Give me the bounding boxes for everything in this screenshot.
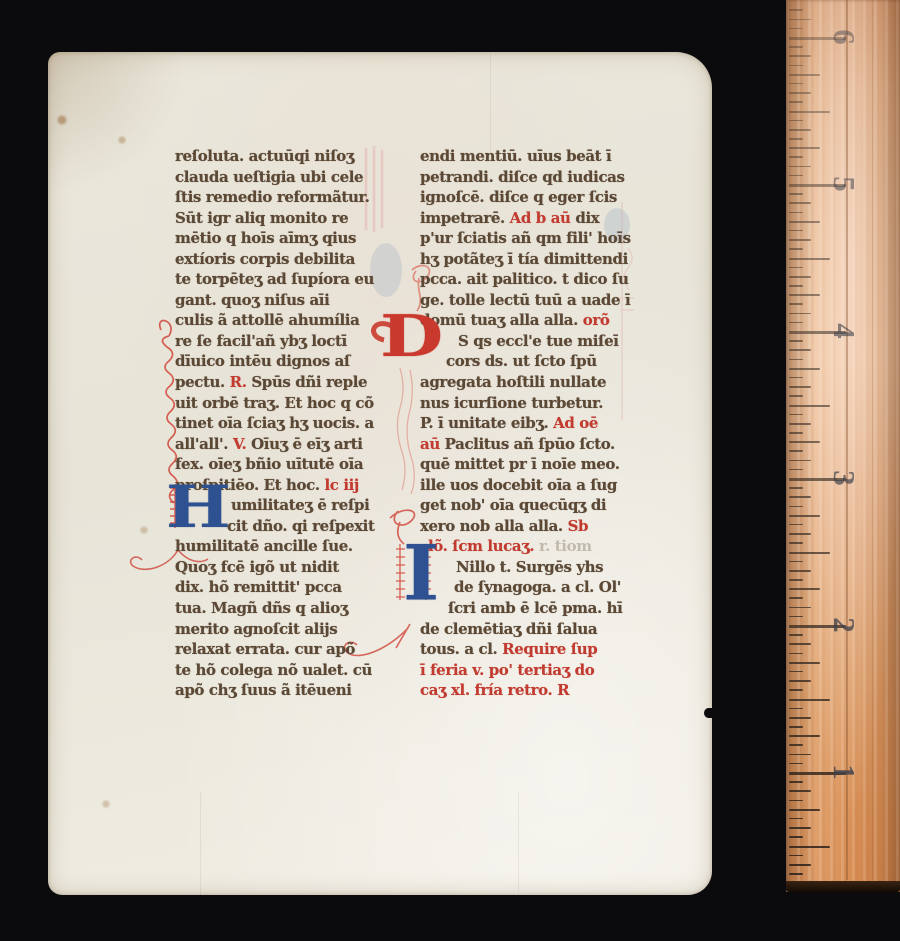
- ruler-tick: [789, 156, 803, 158]
- ruler-tick: [789, 763, 803, 765]
- text-column-left: reſoluta. actuūqi niſoʒclauda ueſtigia u…: [175, 146, 415, 701]
- leaf-edge-notch: [704, 708, 713, 718]
- text-run: hʒ potãteʒ ī tía dimittendi: [420, 250, 628, 268]
- text-run: ī feria v. po' tertiaʒ do: [420, 661, 594, 679]
- ruler-tick: [789, 101, 803, 103]
- crease-line: [490, 54, 491, 154]
- ruler-tick: [789, 55, 811, 57]
- ruler-tick: [789, 92, 811, 94]
- text-run: tua. Magñ dñs q alioʒ: [175, 599, 348, 617]
- text-line: gant. quoʒ niſus aīi: [175, 290, 415, 311]
- ruler-tick: [789, 671, 803, 673]
- text-line: tinet oīa ſciaʒ hʒ uocis. a: [175, 413, 415, 434]
- text-run: Ad b aū: [510, 209, 576, 227]
- text-run: culis ã attollē ahumília: [175, 311, 359, 329]
- ruler-tick: [789, 441, 820, 443]
- text-run: Paclitus añ ſpūo ſcto.: [445, 435, 615, 453]
- ruler-tick: [789, 653, 803, 655]
- text-run: te hõ colega nõ ualet. cū: [175, 661, 372, 679]
- text-run: R.: [230, 373, 252, 391]
- ruler-tick: [789, 303, 803, 305]
- ruler-tick: [789, 359, 803, 361]
- text-run: S qs eccl'e tue miſeī: [458, 332, 619, 350]
- text-line: tous. a cl. Require ſup: [420, 639, 672, 660]
- ruler-tick: [789, 175, 803, 177]
- ruler-tick: [789, 699, 830, 701]
- text-line: apõ chʒ ſuus ã itēueni: [175, 680, 415, 701]
- text-line: dīuico intēu dignos aſ: [175, 351, 415, 372]
- text-run: P. ī unitate eibʒ.: [420, 414, 553, 432]
- text-run: tinet oīa ſciaʒ hʒ uocis. a: [175, 414, 374, 432]
- ruler-tick: [789, 542, 803, 544]
- ruler-tick: [789, 827, 811, 829]
- ruler-tick: [789, 552, 830, 554]
- ruler-tick: [789, 423, 811, 425]
- ruler-tick: [789, 460, 811, 462]
- ruler-tick: [789, 368, 820, 370]
- text-run: caʒ xl. fría retro. R: [420, 681, 569, 699]
- text-line: extíoris corpis debilita: [175, 249, 415, 270]
- text-line: endi mentiū. uīus beāt ī: [420, 146, 672, 167]
- text-line: pectu. R. Spūs dñi reple: [175, 372, 415, 393]
- text-run: orõ: [583, 311, 610, 329]
- text-line: umilitateʒ ē reſpi: [175, 495, 415, 516]
- text-run: mētio q hoīs aīmʒ qius: [175, 229, 356, 247]
- text-run: Require ſup: [502, 640, 597, 658]
- ruler-tick: [789, 395, 803, 397]
- text-line: de ſynagoga. a cl. Ol': [420, 577, 672, 598]
- ruler-tick: [789, 120, 803, 122]
- text-line: re ſe facil'añ ybʒ loctī: [175, 331, 415, 352]
- ruler-tick: [789, 138, 803, 140]
- ruler-tick: [789, 597, 803, 599]
- ruler-tick: [789, 248, 803, 250]
- ruler-tick: [789, 588, 820, 590]
- text-line: P. ī unitate eibʒ. Ad oē: [420, 413, 672, 434]
- ruler-tick: [789, 166, 811, 168]
- text-run: ſtis remedio reformãtur.: [175, 188, 369, 206]
- text-line: xero nob alla alla. Sb: [420, 516, 672, 537]
- text-run: reſoluta. actuūqi niſoʒ: [175, 147, 354, 165]
- text-line: get nob' oīa quecūqʒ di: [420, 495, 672, 516]
- text-run: cit dño. qi reſpexit: [227, 517, 374, 535]
- ruler-tick: [789, 65, 803, 67]
- text-run: ille uos docebit oīa a ſug: [420, 476, 617, 494]
- text-run: Spūs dñi reple: [251, 373, 367, 391]
- text-run: lc iij: [324, 476, 358, 494]
- ruler-tick: [789, 74, 820, 76]
- text-line: aū Paclitus añ ſpūo ſcto.: [420, 434, 672, 455]
- ruler-tick: [789, 377, 803, 379]
- ruler-tick: [789, 836, 803, 838]
- text-line: ge. tolle lectū tuū a uade ī: [420, 290, 672, 311]
- text-line: Sūt igr aliq monito re: [175, 208, 415, 229]
- text-line: ſcri amb ē lcē pma. hī: [420, 598, 672, 619]
- text-line: quē mittet pr ī noīe meo.: [420, 454, 672, 475]
- text-line: impetrarē. Ad b aū dix: [420, 208, 672, 229]
- text-line: de clemētiaʒ dñi ſalua: [420, 619, 672, 640]
- ruler-tick: [789, 239, 811, 241]
- text-run: ſcri amb ē lcē pma. hī: [448, 599, 622, 617]
- text-run: quē mittet pr ī noīe meo.: [420, 455, 620, 473]
- text-line: petrandi. diſce qd iudicas: [420, 167, 672, 188]
- ruler-tick: [789, 781, 803, 783]
- ruler-groove: [872, 0, 873, 880]
- ruler-tick: [789, 561, 803, 563]
- text-run: r. tiom: [534, 537, 592, 555]
- text-run: te torpēteʒ ad ſupíora eu: [175, 270, 374, 288]
- ruler-tick: [789, 129, 811, 131]
- text-line: caʒ xl. fría retro. R: [420, 680, 672, 701]
- text-run: Oīuʒ ē eīʒ arti: [251, 435, 362, 453]
- ruler-tick: [789, 634, 803, 636]
- text-run: de clemētiaʒ dñi ſalua: [420, 620, 597, 638]
- text-run: dix: [575, 209, 599, 227]
- ruler-tick: [789, 717, 811, 719]
- text-run: all'all'.: [175, 435, 233, 453]
- text-line: domū tuaʒ alla alla. orõ: [420, 310, 672, 331]
- text-run: Quoʒ fcē igõ ut nidit: [175, 558, 339, 576]
- ruler-tick: [789, 221, 820, 223]
- ruler-tick: [789, 579, 803, 581]
- text-line: all'all'. V. Oīuʒ ē eīʒ arti: [175, 434, 415, 455]
- ruler-tick: [789, 744, 803, 746]
- ruler-tick: [789, 83, 803, 85]
- ruler-tick: [789, 616, 803, 618]
- text-line: nus icurſione turbetur.: [420, 393, 672, 414]
- text-run: Sb: [568, 517, 589, 535]
- text-line: p'ur ſciatis añ qm fili' hoīs: [420, 228, 672, 249]
- text-run: endi mentiū. uīus beāt ī: [420, 147, 611, 165]
- ruler-tick: [789, 267, 803, 269]
- ruler-tick: [789, 496, 811, 498]
- ruler-tick: [789, 809, 820, 811]
- ruler-tick: [789, 450, 803, 452]
- text-line: dix. hõ remittit' pcca: [175, 577, 415, 598]
- text-run: agregata hoſtili nullate: [420, 373, 606, 391]
- ruler-tick: [789, 662, 820, 664]
- text-line: tua. Magñ dñs q alioʒ: [175, 598, 415, 619]
- ruler-tick: [789, 726, 803, 728]
- ruler-tick: [789, 19, 811, 21]
- ruler-tick: [789, 790, 811, 792]
- ruler-tick: [789, 800, 803, 802]
- ruler-number: 6: [828, 20, 862, 54]
- text-line: ignoſcē. diſce q eger ſcis: [420, 187, 672, 208]
- crease-line: [518, 792, 519, 892]
- ruler-tick: [789, 414, 803, 416]
- ruler-tick: [789, 313, 811, 315]
- ruler-tick: [789, 294, 820, 296]
- ruler-tick: [789, 322, 803, 324]
- ruler-tick: [789, 570, 811, 572]
- text-line: uit orbē traʒ. Et hoc q cõ: [175, 393, 415, 414]
- ruler-tick: [789, 340, 803, 342]
- text-line: pcca. ait palitico. t dico ſu: [420, 269, 672, 290]
- text-line: cors ds. ut ſcto ſpū: [420, 351, 672, 372]
- text-line: lõ. ſcm lucaʒ. r. tiom: [420, 536, 672, 557]
- text-column-right: endi mentiū. uīus beāt īpetrandi. diſce …: [420, 146, 672, 701]
- text-run: petrandi. diſce qd iudicas: [420, 168, 625, 186]
- ruler-tick: [789, 533, 811, 535]
- ruler-tick: [789, 515, 820, 517]
- text-line: te hõ colega nõ ualet. cū: [175, 660, 415, 681]
- text-line: humilitatē ancille ſue.: [175, 536, 415, 557]
- ruler-tick: [789, 607, 811, 609]
- ruler-tick: [789, 846, 830, 848]
- ruler-number: 5: [828, 167, 862, 201]
- ruler-tick: [789, 258, 830, 260]
- ruler-tick: [789, 689, 803, 691]
- ruler-tick: [789, 754, 811, 756]
- text-run: get nob' oīa quecūqʒ di: [420, 496, 606, 514]
- ruler-tick: [789, 276, 811, 278]
- ruler-tick: [789, 193, 803, 195]
- text-run: uit orbē traʒ. Et hoc q cõ: [175, 394, 374, 412]
- ruler-tick: [789, 643, 811, 645]
- ruler-number: 2: [828, 608, 862, 642]
- text-run: humilitatē ancille ſue.: [175, 537, 353, 555]
- text-line: Quoʒ fcē igõ ut nidit: [175, 557, 415, 578]
- text-run: tous. a cl.: [420, 640, 502, 658]
- text-line: merito agnoſcit alijs: [175, 619, 415, 640]
- text-run: de ſynagoga. a cl. Ol': [454, 578, 621, 596]
- text-line: agregata hoſtili nullate: [420, 372, 672, 393]
- ruler-tick: [789, 855, 803, 857]
- text-run: umilitateʒ ē reſpi: [231, 496, 369, 514]
- ruler-tick: [789, 386, 811, 388]
- text-run: Sūt igr aliq monito re: [175, 209, 348, 227]
- ruler-tick: [789, 524, 803, 526]
- text-line: S qs eccl'e tue miſeī: [420, 331, 672, 352]
- text-run: re ſe facil'añ ybʒ loctī: [175, 332, 347, 350]
- ruler-tick: [789, 680, 811, 682]
- ruler-tick: [789, 432, 803, 434]
- ruler-tick: [789, 735, 820, 737]
- text-line: hʒ potãteʒ ī tía dimittendi: [420, 249, 672, 270]
- text-run: lõ. ſcm lucaʒ.: [428, 537, 534, 555]
- wooden-ruler: 654321: [786, 0, 900, 892]
- text-run: dix. hõ remittit' pcca: [175, 578, 342, 596]
- text-line: ille uos docebit oīa a ſug: [420, 475, 672, 496]
- text-run: V.: [233, 435, 251, 453]
- text-line: ſtis remedio reformãtur.: [175, 187, 415, 208]
- ruler-tick: [789, 111, 830, 113]
- ruler-tick: [789, 469, 803, 471]
- text-run: gant. quoʒ niſus aīi: [175, 291, 329, 309]
- ruler-tick: [789, 46, 803, 48]
- ruler-tick: [789, 487, 803, 489]
- ruler-tick: [789, 708, 803, 710]
- text-run: ignoſcē. diſce q eger ſcis: [420, 188, 617, 206]
- text-run: relaxat errata. cur apõ: [175, 640, 355, 658]
- ruler-number: 3: [828, 461, 862, 495]
- text-run: pectu.: [175, 373, 230, 391]
- text-run: clauda ueſtigia ubi cele: [175, 168, 363, 186]
- ruler-tick: [789, 864, 811, 866]
- ruler-tick: [789, 506, 803, 508]
- text-line: cit dño. qi reſpexit: [175, 516, 415, 537]
- text-run: domū tuaʒ alla alla.: [420, 311, 583, 329]
- text-line: proſpitiēo. Et hoc. lc iij: [175, 475, 415, 496]
- ruler-tick: [789, 28, 803, 30]
- ruler-tick: [789, 202, 811, 204]
- ruler-tick: [789, 230, 803, 232]
- ruler-number: 4: [828, 314, 862, 348]
- text-run: ge. tolle lectū tuū a uade ī: [420, 291, 630, 309]
- text-run: p'ur ſciatis añ qm fili' hoīs: [420, 229, 631, 247]
- text-run: merito agnoſcit alijs: [175, 620, 337, 638]
- manuscript-leaf: reſoluta. actuūqi niſoʒclauda ueſtigia u…: [48, 52, 712, 895]
- text-line: clauda ueſtigia ubi cele: [175, 167, 415, 188]
- text-run: nus icurſione turbetur.: [420, 394, 603, 412]
- text-run: Ad oē: [553, 414, 598, 432]
- text-line: Nillo t. Surgēs yhs: [420, 557, 672, 578]
- text-line: reſoluta. actuūqi niſoʒ: [175, 146, 415, 167]
- text-run: cors ds. ut ſcto ſpū: [446, 352, 597, 370]
- ruler-groove: [846, 0, 848, 880]
- text-run: dīuico intēu dignos aſ: [175, 352, 350, 370]
- ruler-tick: [789, 285, 803, 287]
- text-line: relaxat errata. cur apõ: [175, 639, 415, 660]
- ruler-number: 1: [828, 755, 862, 789]
- text-line: te torpēteʒ ad ſupíora eu: [175, 269, 415, 290]
- photo-scene: reſoluta. actuūqi niſoʒclauda ueſtigia u…: [0, 0, 900, 941]
- ruler-tick: [789, 9, 803, 11]
- ruler-end-cap: [786, 881, 900, 892]
- ruler-tick: [789, 349, 811, 351]
- ruler-tick: [789, 818, 803, 820]
- text-line: ī feria v. po' tertiaʒ do: [420, 660, 672, 681]
- text-run: proſpitiēo. Et hoc.: [175, 476, 324, 494]
- text-run: pcca. ait palitico. t dico ſu: [420, 270, 629, 288]
- text-run: impetrarē.: [420, 209, 510, 227]
- text-line: mētio q hoīs aīmʒ qius: [175, 228, 415, 249]
- text-run: fex. oīeʒ bñio uītutē oīa: [175, 455, 363, 473]
- text-run: xero nob alla alla.: [420, 517, 568, 535]
- ruler-tick: [789, 147, 820, 149]
- text-line: fex. oīeʒ bñio uītutē oīa: [175, 454, 415, 475]
- text-run: apõ chʒ ſuus ã itēueni: [175, 681, 352, 699]
- text-run: Nillo t. Surgēs yhs: [456, 558, 603, 576]
- ruler-tick: [789, 873, 803, 875]
- text-line: culis ã attollē ahumília: [175, 310, 415, 331]
- ruler-tick: [789, 405, 830, 407]
- ruler-tick: [789, 212, 803, 214]
- text-run: aū: [420, 435, 445, 453]
- text-run: extíoris corpis debilita: [175, 250, 355, 268]
- crease-line: [200, 792, 201, 895]
